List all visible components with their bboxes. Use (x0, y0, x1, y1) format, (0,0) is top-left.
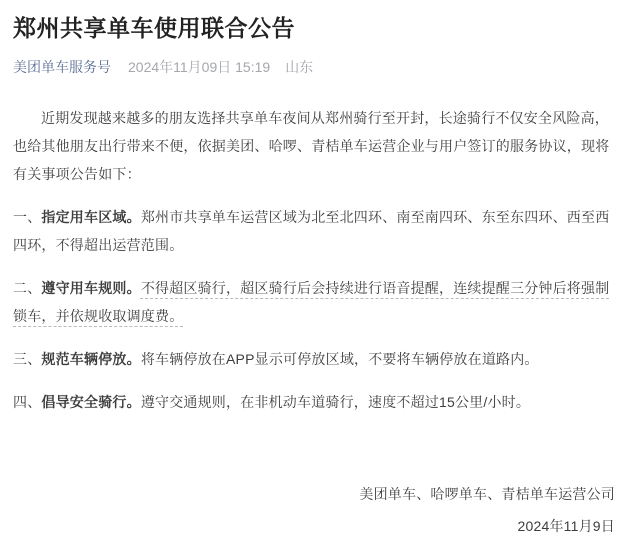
item-4-number: 四、 (13, 394, 41, 410)
announcement-item-2: 二、遵守用车规则。不得超区骑行，超区骑行后会持续进行语音提醒，连续提醒三分钟后将… (13, 274, 615, 330)
article-byline: 美团单车服务号 2024年11月09日 15:19 山东 (13, 56, 615, 78)
item-1-number: 一、 (13, 209, 41, 225)
announcement-item-3: 三、规范车辆停放。将车辆停放在APP显示可停放区域，不要将车辆停放在道路内。 (13, 345, 615, 373)
signature-date: 2024年11月9日 (13, 512, 615, 540)
item-4-heading: 倡导安全骑行。 (41, 394, 140, 410)
announcement-item-1: 一、指定用车区域。郑州市共享单车运营区域为北至北四环、南至南四环、东至东四环、西… (13, 203, 615, 259)
article-title: 郑州共享单车使用联合公告 (13, 12, 615, 44)
publish-location: 山东 (285, 56, 313, 78)
intro-paragraph: 近期发现越来越多的朋友选择共享单车夜间从郑州骑行至开封，长途骑行不仅安全风险高，… (13, 104, 615, 188)
announcement-item-4: 四、倡导安全骑行。遵守交通规则，在非机动车道骑行，速度不超过15公里/小时。 (13, 388, 615, 416)
item-2-heading: 遵守用车规则。 (41, 280, 140, 296)
item-3-heading: 规范车辆停放。 (41, 351, 140, 367)
article-page: 郑州共享单车使用联合公告 美团单车服务号 2024年11月09日 15:19 山… (0, 0, 640, 540)
publish-date: 2024年11月09日 15:19 (128, 56, 270, 78)
account-name-link[interactable]: 美团单车服务号 (13, 56, 111, 78)
item-4-body: 遵守交通规则，在非机动车道骑行，速度不超过15公里/小时。 (141, 394, 530, 410)
item-3-number: 三、 (13, 351, 41, 367)
signature-block: 美团单车、哈啰单车、青桔单车运营公司 2024年11月9日 (13, 480, 615, 540)
item-2-number: 二、 (13, 280, 41, 296)
article-content: 近期发现越来越多的朋友选择共享单车夜间从郑州骑行至开封，长途骑行不仅安全风险高，… (13, 104, 615, 540)
item-1-heading: 指定用车区域。 (41, 209, 140, 225)
item-3-body: 将车辆停放在APP显示可停放区域，不要将车辆停放在道路内。 (141, 351, 539, 367)
signature-companies: 美团单车、哈啰单车、青桔单车运营公司 (13, 480, 615, 508)
